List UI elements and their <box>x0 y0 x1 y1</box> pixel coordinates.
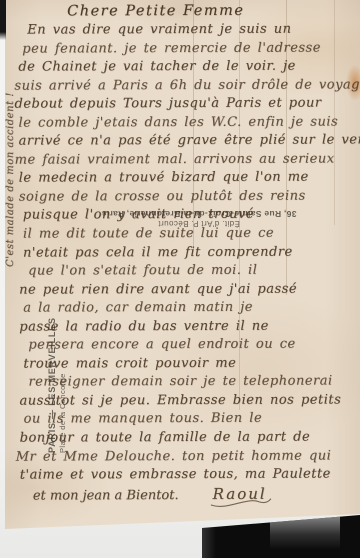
signature-flourish <box>209 495 273 509</box>
scanned-postcard-page: Édit. d'Art P. Bécourt 36, Rue Sainte-Cr… <box>0 0 360 558</box>
postcard-back: Édit. d'Art P. Bécourt 36, Rue Sainte-Cr… <box>5 0 360 530</box>
handwritten-line: bonjour a toute la famille de la part de <box>13 428 360 448</box>
handwritten-line: Mr et Mme Delouche. ton petit homme qui <box>13 447 360 467</box>
handwritten-line: n'etait pas cela il me fit comprendre <box>12 243 360 263</box>
handwritten-line: que l'on s'etait foutu de moi. il <box>12 262 360 282</box>
scanner-gray-band <box>270 515 340 558</box>
handwritten-line: le medecin a trouvé bizard que l'on me <box>12 169 360 189</box>
closing-line: et mon jean a Bientot.Raoul <box>13 484 360 505</box>
handwritten-line: suis arrivé a Paris a 6h du soir drôle d… <box>11 76 360 96</box>
handwritten-line: a la radio, car demain matin je <box>12 299 360 319</box>
handwritten-letter: a t 6 9 Chere Petite Femme En vas dire q… <box>11 0 360 505</box>
scanner-black-area <box>202 515 360 558</box>
handwritten-line: me faisai vraiment mal. arrivons au seri… <box>12 150 360 170</box>
handwritten-line: de Chainet je vai tacher de le voir. je <box>11 57 360 77</box>
handwritten-line: puisque l'on y avait rien trouvé <box>12 206 360 226</box>
signature: Raoul <box>213 484 267 502</box>
scan-corner-mark <box>0 0 6 40</box>
handwritten-line: arrivé ce n'a pas été grave être plié su… <box>12 132 360 152</box>
handwritten-line: En vas dire que vraiment je suis un <box>11 20 360 40</box>
handwritten-line: ou ils me manquen tous. Bien le <box>13 410 360 430</box>
handwritten-line: ne peut rien dire avant que j'ai passé <box>12 280 360 300</box>
handwritten-line: trouve mais croit pouvoir me <box>12 354 360 374</box>
handwritten-line: debout depuis Tours jusqu'à Paris et pou… <box>11 95 360 115</box>
scanner-gray-edge <box>202 515 216 558</box>
cut-off-date-line: a t 6 9 <box>129 0 230 2</box>
handwritten-line: passe la radio du bas ventre il ne <box>12 317 360 337</box>
handwritten-line: peu fenaiant. je te remercie de l'adress… <box>11 39 360 59</box>
handwritten-line: le comble j'etais dans les W.C. enfin je… <box>12 113 360 133</box>
handwritten-line: pensera encore a quel endroit ou ce <box>12 336 360 356</box>
handwritten-line: aussitot si je peu. Embrasse bien nos pe… <box>12 391 360 411</box>
handwritten-line: renseigner demain soir je te telephonera… <box>12 373 360 393</box>
handwritten-line: t'aime et vous embrasse tous, ma Paulett… <box>13 466 360 486</box>
handwritten-line: soigne de la crosse ou plutôt des reins <box>12 187 360 207</box>
closing-text: et mon jean a Bientot. <box>33 488 179 504</box>
handwritten-line: il me dit toute de suite lui que ce <box>12 224 360 244</box>
salutation: Chere Petite Femme <box>11 0 360 21</box>
